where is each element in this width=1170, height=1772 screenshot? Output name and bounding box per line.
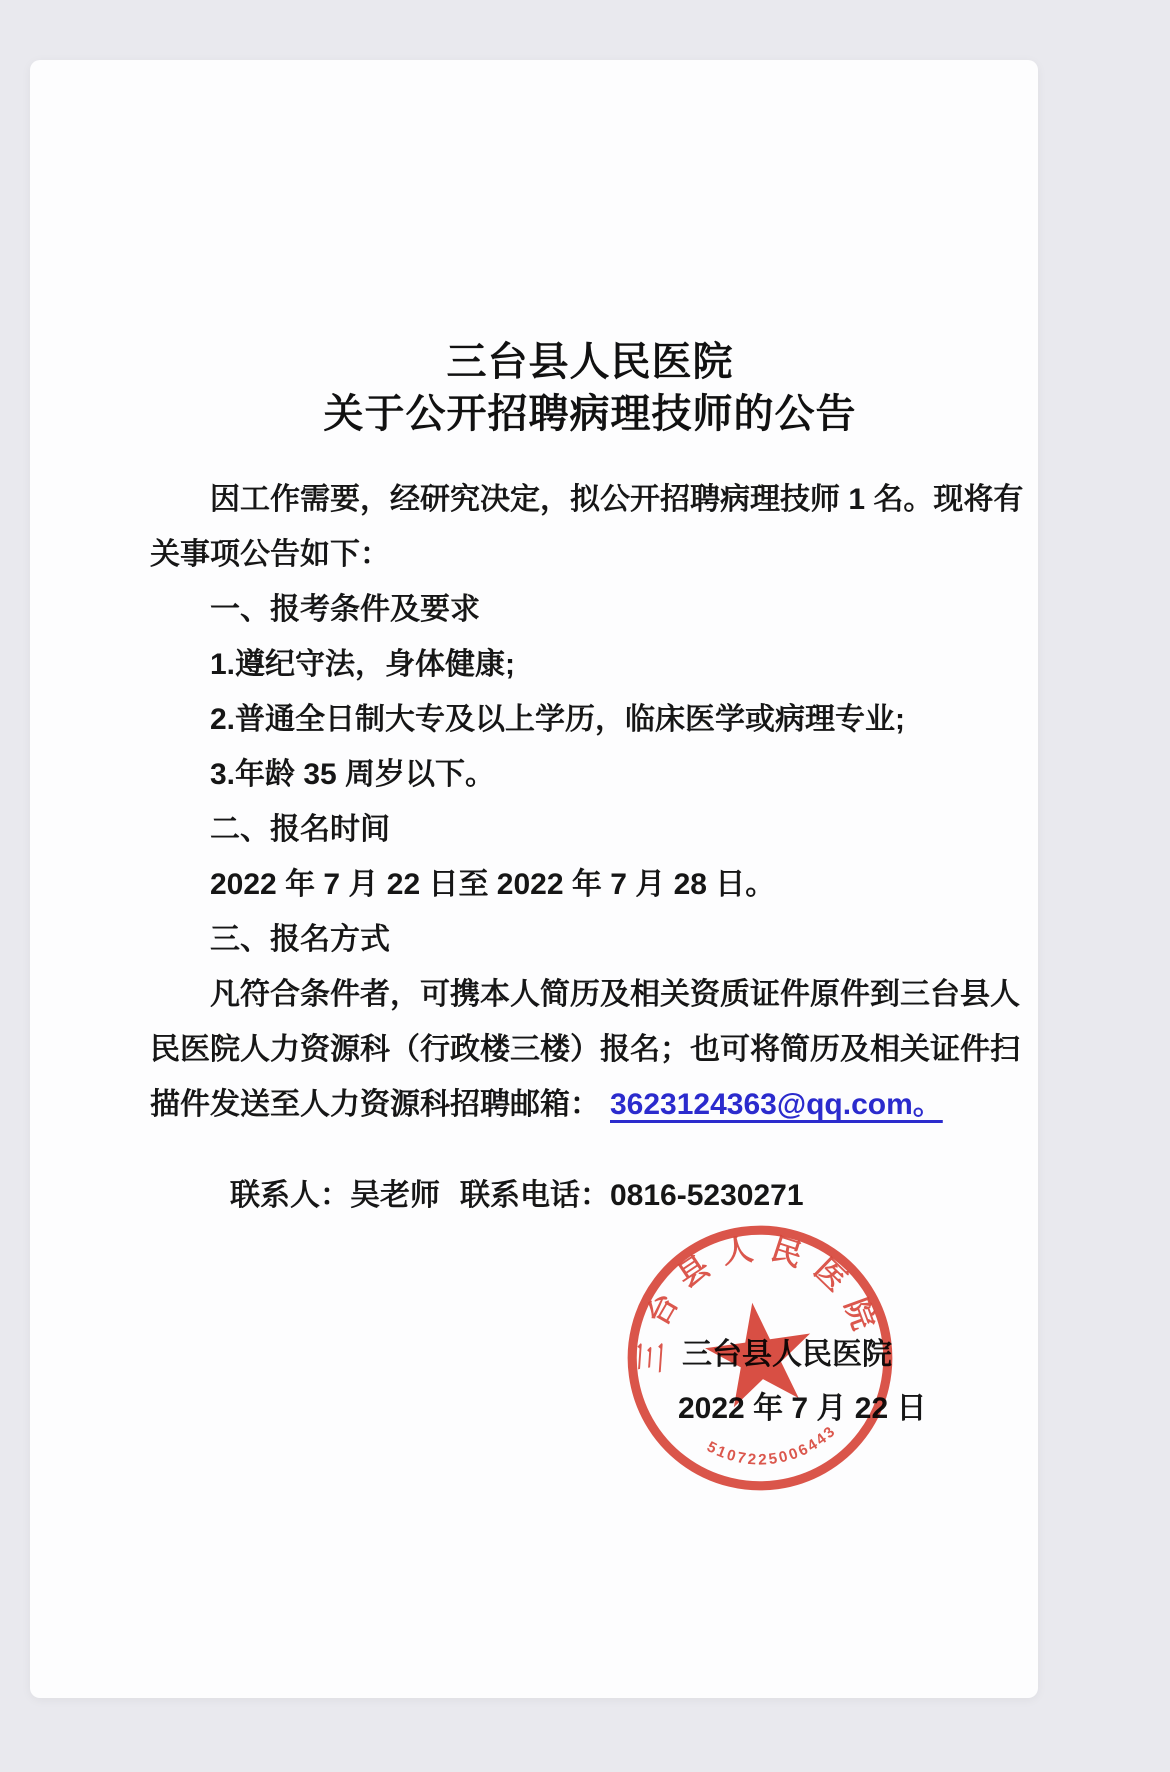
section-2-heading: 二、报名时间	[150, 810, 1070, 850]
body-line-10: 凡符合条件者，可携本人简历及相关资质证件原件到三台县人	[150, 975, 1070, 1015]
recruitment-email-link[interactable]: 3623124363@qq.com。	[610, 1088, 943, 1121]
seal-star-icon	[700, 1295, 819, 1410]
section-1-heading: 一、报考条件及要求	[150, 590, 1070, 630]
email-line-prefix: 描件发送至人力资源科招聘邮箱：	[150, 1088, 600, 1121]
official-red-seal: 三台县人民医院 5107225006443	[600, 1198, 921, 1519]
title-line-2: 关于公开招聘病理技师的公告	[150, 388, 1030, 440]
body-line-11: 民医院人力资源科（行政楼三楼）报名；也可将简历及相关证件扫	[150, 1030, 1010, 1070]
requirement-3: 3.年龄 35 周岁以下。	[150, 755, 1070, 795]
section-3-heading: 三、报名方式	[150, 920, 1070, 960]
title-line-1: 三台县人民医院	[150, 336, 1030, 388]
requirement-1: 1.遵纪守法，身体健康;	[150, 645, 1070, 685]
contact-phone: 联系电话：0816-5230271	[460, 1170, 804, 1214]
requirement-2: 2.普通全日制大专及以上学历，临床医学或病理专业;	[150, 700, 1070, 740]
contact-phone-label: 联系电话：	[460, 1179, 610, 1212]
document-title: 三台县人民医院 关于公开招聘病理技师的公告	[150, 336, 1030, 440]
announcement-photo: 三台县人民医院 关于公开招聘病理技师的公告 因工作需要，经研究决定，拟公开招聘病…	[0, 0, 1170, 1772]
contact-person: 联系人：吴老师	[230, 1170, 440, 1214]
body-line-1: 因工作需要，经研究决定，拟公开招聘病理技师 1 名。现将有	[150, 480, 1070, 520]
registration-dates: 2022 年 7 月 22 日至 2022 年 7 月 28 日。	[150, 865, 1070, 905]
contact-phone-number: 0816-5230271	[610, 1179, 804, 1212]
contact-person-name: 吴老师	[350, 1179, 440, 1212]
body-line-12: 描件发送至人力资源科招聘邮箱：3623124363@qq.com。	[150, 1085, 1010, 1125]
contact-person-label: 联系人：	[230, 1179, 350, 1212]
body-line-2: 关事项公告如下：	[150, 535, 1010, 575]
